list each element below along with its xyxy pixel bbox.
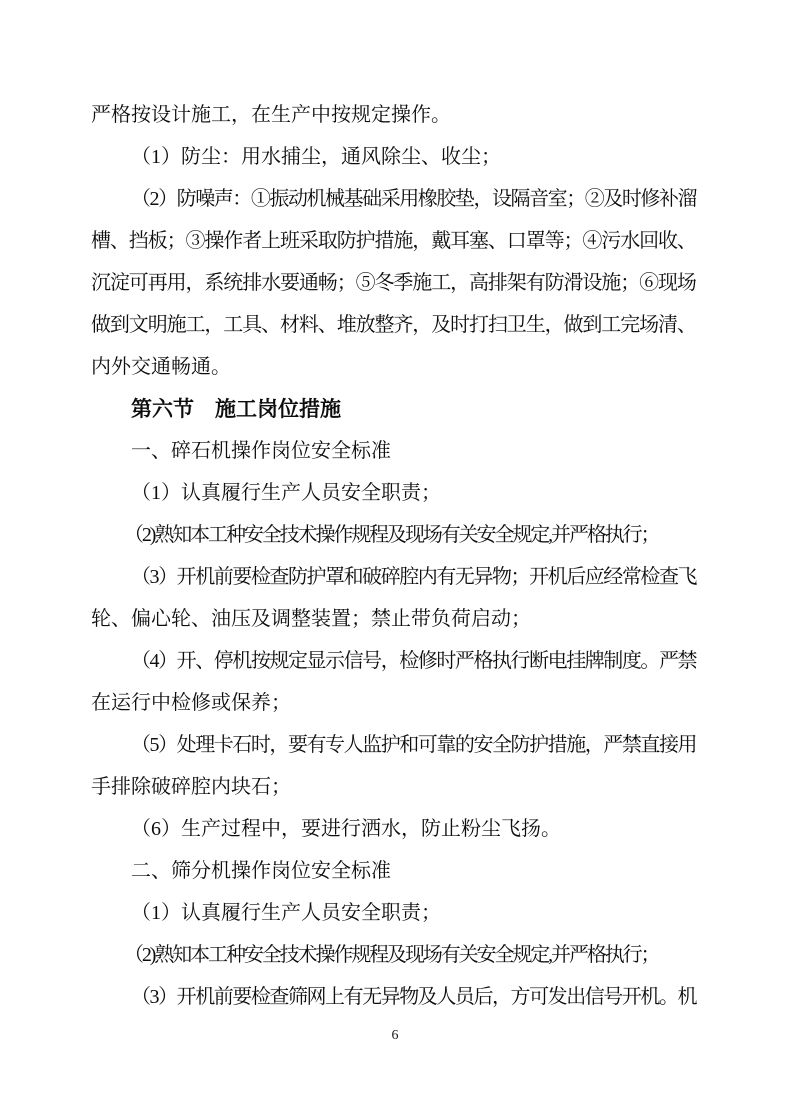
body-line: （3）开机前要检查防护罩和破碎腔内有无异物；开机后应经常检查飞 bbox=[91, 556, 698, 598]
body-line: 槽、挡板；③操作者上班采取防护措施，戴耳塞、口罩等；④污水回收、 bbox=[91, 220, 698, 262]
body-line: （3）开机前要检查筛网上有无异物及人员后，方可发出信号开机。机 bbox=[91, 976, 698, 1018]
list-item-heading: 二、筛分机操作岗位安全标准 bbox=[91, 850, 698, 892]
section-heading: 第六节 施工岗位措施 bbox=[91, 388, 698, 430]
body-line: 手排除破碎腔内块石； bbox=[91, 766, 698, 808]
body-line: 内外交通畅通。 bbox=[91, 346, 698, 388]
body-line: （5）处理卡石时，要有专人监护和可靠的安全防护措施，严禁直接用 bbox=[91, 724, 698, 766]
body-line: （1）认真履行生产人员安全职责； bbox=[91, 472, 698, 514]
page-number: 6 bbox=[0, 1026, 790, 1046]
body-line: （1）认真履行生产人员安全职责； bbox=[91, 892, 698, 934]
body-line: 沉淀可再用，系统排水要通畅；⑤冬季施工，高排架有防滑设施；⑥现场 bbox=[91, 262, 698, 304]
body-line: 轮、偏心轮、油压及调整装置；禁止带负荷启动； bbox=[91, 598, 698, 640]
document-body: 严格按设计施工，在生产中按规定操作。 （1）防尘：用水捕尘，通风除尘、收尘； （… bbox=[91, 94, 698, 1018]
body-line: （1）防尘：用水捕尘，通风除尘、收尘； bbox=[91, 136, 698, 178]
body-line: （2)熟知本工种安全技术操作规程及现场有关安全规定,并严格执行； bbox=[91, 934, 698, 976]
body-line: 严格按设计施工，在生产中按规定操作。 bbox=[91, 94, 698, 136]
body-line: （2）防噪声：①振动机械基础采用橡胶垫，设隔音室；②及时修补溜 bbox=[91, 178, 698, 220]
list-item-heading: 一、碎石机操作岗位安全标准 bbox=[91, 430, 698, 472]
body-line: （4）开、停机按规定显示信号，检修时严格执行断电挂牌制度。严禁 bbox=[91, 640, 698, 682]
body-line: （6）生产过程中，要进行洒水，防止粉尘飞扬。 bbox=[91, 808, 698, 850]
document-page: 严格按设计施工，在生产中按规定操作。 （1）防尘：用水捕尘，通风除尘、收尘； （… bbox=[0, 0, 790, 1118]
body-line: 在运行中检修或保养； bbox=[91, 682, 698, 724]
body-line: 做到文明施工，工具、材料、堆放整齐，及时打扫卫生，做到工完场清、 bbox=[91, 304, 698, 346]
body-line: （2)熟知本工种安全技术操作规程及现场有关安全规定,并严格执行； bbox=[91, 514, 698, 556]
